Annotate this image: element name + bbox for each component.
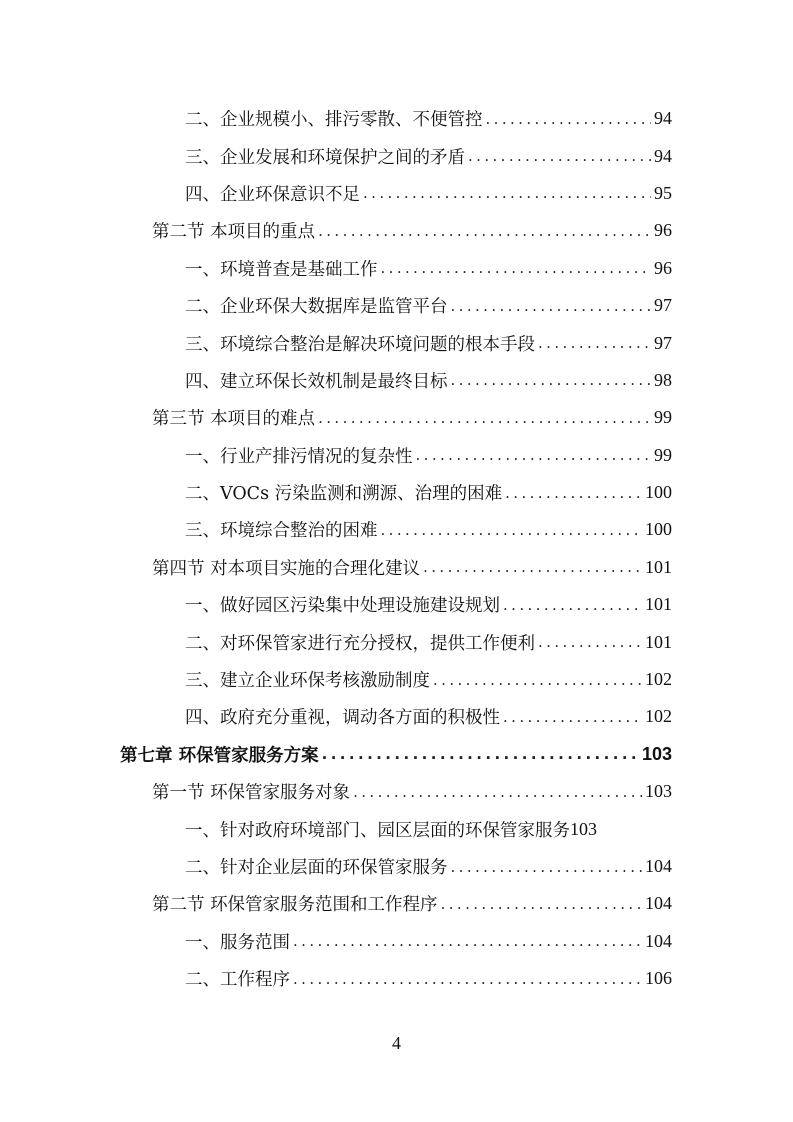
toc-entry-title: 三、环境综合整治的困难 — [185, 517, 378, 542]
toc-entry-title: 二、企业环保大数据库是监管平台 — [185, 293, 448, 318]
toc-entry[interactable]: 三、环境综合整治的困难.............................… — [0, 511, 672, 548]
toc-entry-title: 二、企业规模小、排污零散、不便管控 — [185, 106, 483, 131]
toc-entry-page: 94 — [654, 146, 672, 167]
toc-entry-title: 三、企业发展和环境保护之间的矛盾 — [185, 144, 465, 169]
toc-entry-title: 四、建立环保长效机制是最终目标 — [185, 368, 448, 393]
dot-leader: ........................................… — [538, 334, 651, 352]
toc-section-entry[interactable]: 第二节 环保管家服务范围和工作程序.......................… — [0, 885, 672, 922]
toc-entry[interactable]: 四、建立环保长效机制是最终目标.........................… — [0, 362, 672, 399]
toc-entry-title: 一、服务范围 — [185, 929, 290, 954]
toc-section-entry[interactable]: 第三节 本项目的难点..............................… — [0, 399, 672, 436]
toc-entry-page: 96 — [654, 258, 672, 279]
toc-entry-title: 二、工作程序 — [185, 966, 290, 991]
dot-leader: ........................................… — [451, 858, 643, 876]
toc-entry-page: 103 — [642, 744, 672, 765]
toc-entry-page: 101 — [645, 594, 672, 615]
toc-chapter-entry[interactable]: 第七章 环保管家服务方案............................… — [0, 736, 672, 773]
dot-leader: ........................................… — [538, 633, 642, 651]
toc-entry-title: 二、对环保管家进行充分授权，提供工作便利 — [185, 630, 535, 655]
dot-leader: ........................................… — [293, 932, 642, 950]
dot-leader: ........................................… — [486, 110, 652, 128]
toc-entry-title: 二、针对企业层面的环保管家服务 — [185, 854, 448, 879]
dot-leader: ........................................… — [318, 222, 651, 240]
dot-leader: ........................................… — [451, 297, 652, 315]
dot-leader: ........................................… — [433, 671, 642, 689]
dot-leader: ........................................… — [416, 446, 652, 464]
toc-entry[interactable]: 四、企业环保意识不足..............................… — [0, 175, 672, 212]
toc-entry-title: 一、环境普查是基础工作 — [185, 256, 378, 281]
toc-entry-title: 一、针对政府环境部门、园区层面的环保管家服务 — [185, 817, 570, 842]
toc-entry-title: 第二节 本项目的重点 — [152, 218, 315, 243]
toc-entry[interactable]: 四、政府充分重视，调动各方面的积极性......................… — [0, 698, 672, 735]
dot-leader: ........................................… — [503, 596, 642, 614]
toc-entry-page: 104 — [645, 893, 672, 914]
toc-entry-page: 103 — [570, 819, 597, 840]
toc-section-entry[interactable]: 第二节 本项目的重点..............................… — [0, 212, 672, 249]
toc-entry-page: 94 — [654, 108, 672, 129]
toc-entry-page: 100 — [645, 482, 672, 503]
dot-leader: ........................................… — [381, 521, 643, 539]
toc-section-entry[interactable]: 第一节 环保管家服务对象............................… — [0, 773, 672, 810]
toc-entry-title: 四、政府充分重视，调动各方面的积极性 — [185, 704, 500, 729]
toc-entry-page: 101 — [645, 557, 672, 578]
toc-entry[interactable]: 二、工作程序..................................… — [0, 960, 672, 997]
dot-leader: ........................................… — [363, 184, 651, 202]
toc-entry[interactable]: 一、环境普查是基础工作.............................… — [0, 250, 672, 287]
dot-leader: ........................................… — [381, 259, 652, 277]
toc-entry-title: 第四节 对本项目实施的合理化建议 — [152, 555, 420, 580]
toc-entry[interactable]: 二、VOCs 污染监测和溯源、治理的困难....................… — [0, 474, 672, 511]
toc-entry-title: 三、环境综合整治是解决环境问题的根本手段 — [185, 331, 535, 356]
dot-leader: ........................................… — [353, 783, 642, 801]
dot-leader: ........................................… — [505, 484, 642, 502]
toc-entry-page: 97 — [654, 333, 672, 354]
toc-entry-page: 101 — [645, 632, 672, 653]
page-number: 4 — [0, 1033, 793, 1054]
toc-entry[interactable]: 一、针对政府环境部门、园区层面的环保管家服务..................… — [0, 810, 672, 847]
toc-entry-page: 103 — [645, 781, 672, 802]
toc-entry[interactable]: 一、做好园区污染集中处理设施建设规划......................… — [0, 586, 672, 623]
toc-section-entry[interactable]: 第四节 对本项目实施的合理化建议........................… — [0, 549, 672, 586]
toc-entry-page: 100 — [645, 519, 672, 540]
toc-entry-page: 102 — [645, 706, 672, 727]
toc-entry-title: 三、建立企业环保考核激励制度 — [185, 667, 430, 692]
toc-entry-page: 95 — [654, 183, 672, 204]
toc-entry[interactable]: 一、行业产排污情况的复杂性...........................… — [0, 437, 672, 474]
dot-leader: ........................................… — [451, 371, 652, 389]
toc-entry-title: 第二节 环保管家服务范围和工作程序 — [152, 891, 438, 916]
toc-entry-title: 四、企业环保意识不足 — [185, 181, 360, 206]
toc-entry-title: 二、VOCs 污染监测和溯源、治理的困难 — [185, 480, 502, 505]
toc-entry-title: 一、做好园区污染集中处理设施建设规划 — [185, 592, 500, 617]
toc-entry-page: 96 — [654, 220, 672, 241]
toc-entry-page: 106 — [645, 968, 672, 989]
toc-entry-title: 第七章 环保管家服务方案 — [120, 742, 319, 767]
toc-entry[interactable]: 二、对环保管家进行充分授权，提供工作便利....................… — [0, 623, 672, 660]
toc-entry[interactable]: 三、企业发展和环境保护之间的矛盾........................… — [0, 137, 672, 174]
toc-entry[interactable]: 一、服务范围..................................… — [0, 923, 672, 960]
toc-entry-page: 104 — [645, 931, 672, 952]
dot-leader: ........................................… — [318, 409, 651, 427]
toc-entry-page: 99 — [654, 445, 672, 466]
dot-leader: ........................................… — [503, 708, 642, 726]
toc-entry[interactable]: 三、建立企业环保考核激励制度..........................… — [0, 661, 672, 698]
toc-entry[interactable]: 二、企业规模小、排污零散、不便管控.......................… — [0, 100, 672, 137]
toc-entry-page: 102 — [645, 669, 672, 690]
toc-entry-page: 97 — [654, 295, 672, 316]
dot-leader: ........................................… — [322, 745, 639, 763]
table-of-contents: 二、企业规模小、排污零散、不便管控.......................… — [0, 100, 793, 997]
toc-entry-page: 98 — [654, 370, 672, 391]
dot-leader: ........................................… — [293, 970, 642, 988]
toc-entry[interactable]: 二、针对企业层面的环保管家服务.........................… — [0, 848, 672, 885]
dot-leader: ........................................… — [468, 147, 651, 165]
toc-entry-title: 第三节 本项目的难点 — [152, 405, 315, 430]
toc-entry-page: 99 — [654, 407, 672, 428]
toc-entry[interactable]: 三、环境综合整治是解决环境问题的根本手段....................… — [0, 324, 672, 361]
toc-entry[interactable]: 二、企业环保大数据库是监管平台.........................… — [0, 287, 672, 324]
dot-leader: ........................................… — [423, 558, 642, 576]
dot-leader: ........................................… — [441, 895, 642, 913]
toc-entry-page: 104 — [645, 856, 672, 877]
toc-entry-title: 第一节 环保管家服务对象 — [152, 779, 350, 804]
toc-entry-title: 一、行业产排污情况的复杂性 — [185, 443, 413, 468]
